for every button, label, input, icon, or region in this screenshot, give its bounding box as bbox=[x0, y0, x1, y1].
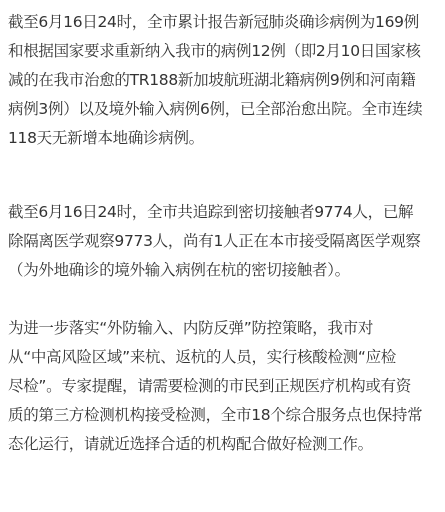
article-body: 截至6月16日24时，全市累计报告新冠肺炎确诊病例为169例 和根据国家要求重新… bbox=[0, 0, 445, 512]
text-line: （为外地确诊的境外输入病例在杭的密切接触者）。 bbox=[8, 260, 350, 280]
text-line: 截至6月16日24时，全市共追踪到密切接触者9774人，已解 bbox=[8, 202, 413, 222]
text-line: 除隔离医学观察9773人，尚有1人正在本市接受隔离医学观察 bbox=[8, 231, 421, 251]
text-line: 尽检”。专家提醒，请需要检测的市民到正规医疗机构或有资 bbox=[8, 376, 411, 396]
text-line: 态化运行，请就近选择合适的机构配合做好检测工作。 bbox=[8, 434, 373, 454]
text-line: 和根据国家要求重新纳入我市的病例12例（即2月10日国家核 bbox=[8, 41, 421, 61]
text-line: 从“中高风险区域”来杭、返杭的人员，实行核酸检测“应检 bbox=[8, 347, 396, 367]
text-line: 截至6月16日24时，全市累计报告新冠肺炎确诊病例为169例 bbox=[8, 12, 419, 32]
text-line: 质的第三方检测机构接受检测，全市18个综合服务点也保持常 bbox=[8, 405, 422, 425]
text-line: 118天无新增本地确诊病例。 bbox=[8, 128, 204, 148]
text-line: 病例3例）以及境外输入病例6例，已全部治愈出院。全市连续 bbox=[8, 99, 422, 119]
text-line: 为进一步落实“外防输入、内防反弹”防控策略，我市对 bbox=[8, 318, 373, 338]
text-line: 减的在我市治愈的TR188新加坡航班湖北籍病例9例和河南籍 bbox=[8, 70, 416, 90]
